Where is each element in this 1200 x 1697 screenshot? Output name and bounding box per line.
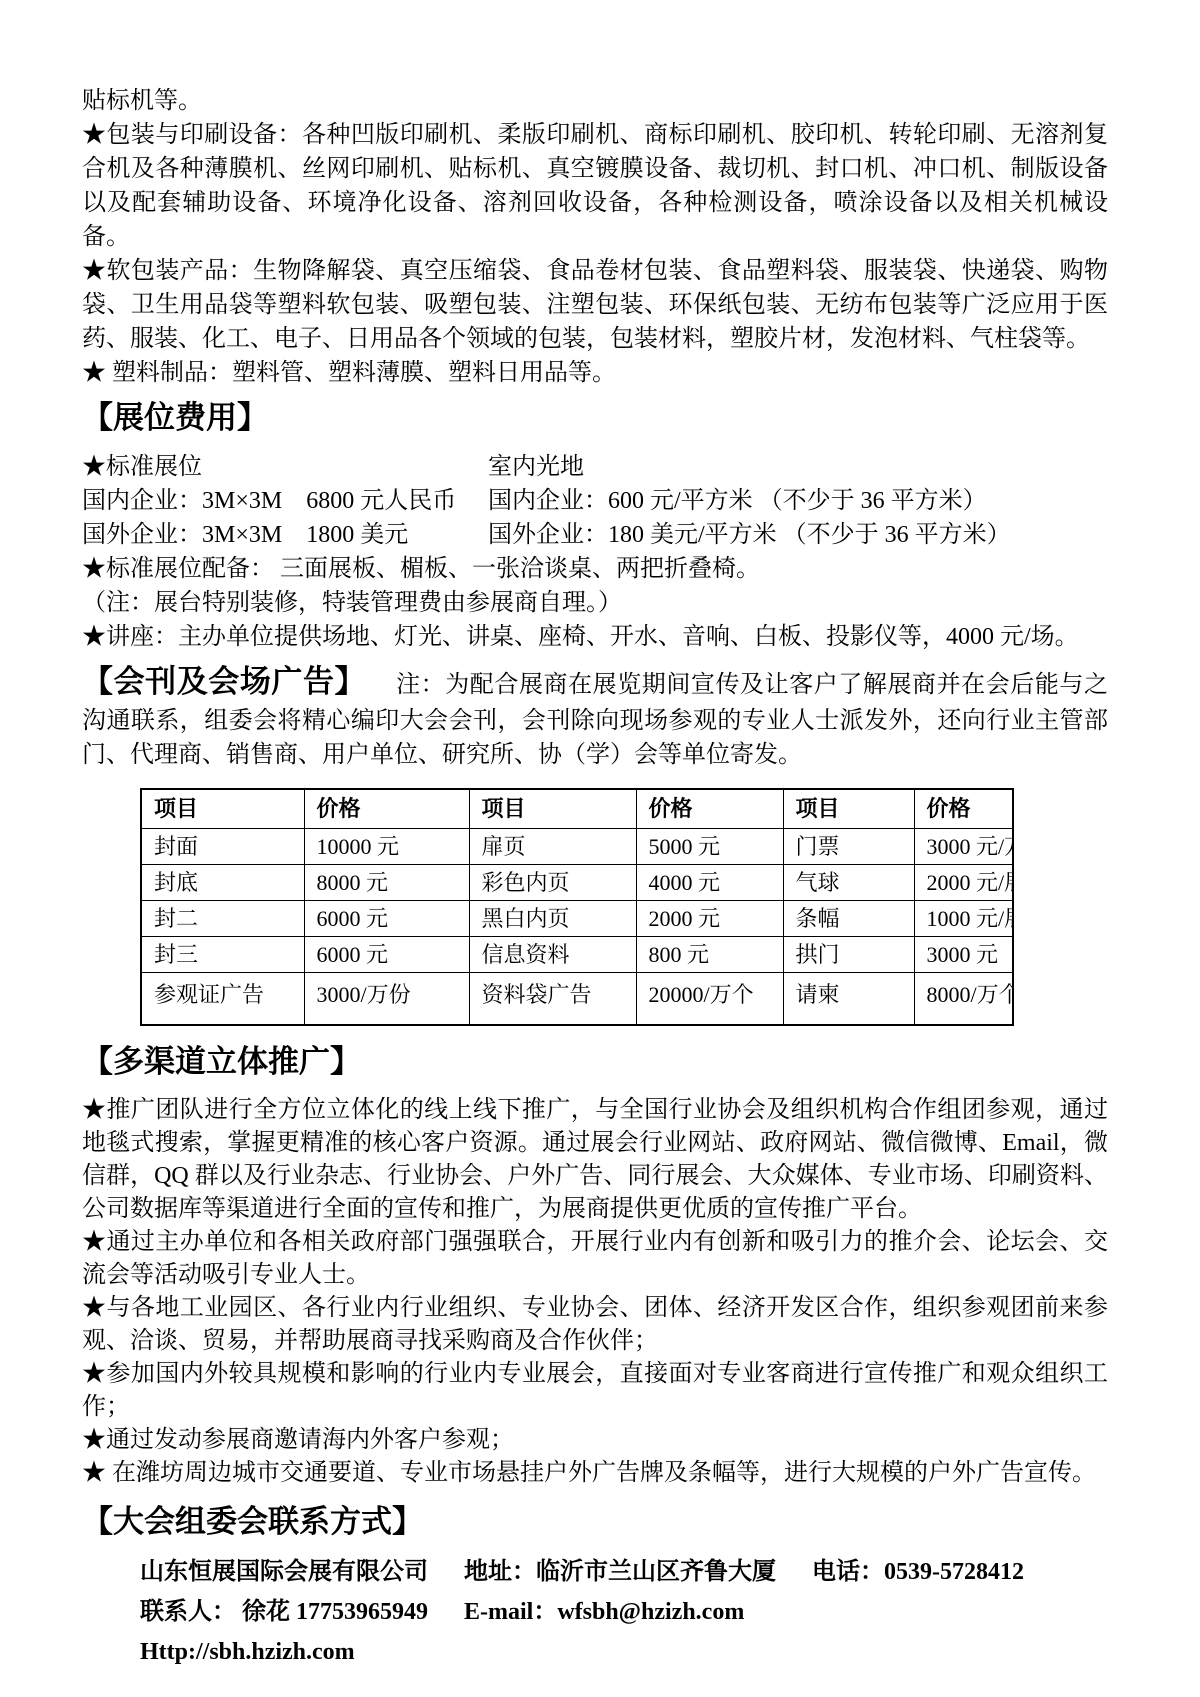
section-heading-booth-fee: 【展位费用】 <box>82 398 1108 438</box>
section-heading-contact: 【大会组委会联系方式】 <box>82 1502 1108 1542</box>
table-cell: 8000 元 <box>304 865 469 901</box>
table-cell: 资料袋广告 <box>469 973 636 1026</box>
contact-block: 山东恒展国际会展有限公司地址：临沂市兰山区齐鲁大厦电话：0539-5728412… <box>140 1552 1108 1672</box>
table-row: 封三6000 元信息资料800 元拱门3000 元 <box>141 937 1013 973</box>
table-cell: 8000/万个 <box>914 973 1013 1026</box>
table-cell: 条幅 <box>783 901 914 937</box>
contact-segment: Http://sbh.hzizh.com <box>140 1632 355 1672</box>
table-header-cell: 价格 <box>304 789 469 829</box>
booth-extra-line: ★讲座：主办单位提供场地、灯光、讲桌、座椅、开水、音响、白板、投影仪等，4000… <box>82 620 1108 654</box>
booth-fee-left: 国内企业：3M×3M 6800 元人民币 <box>82 484 488 518</box>
intro-paragraph: ★软包装产品：生物降解袋、真空压缩袋、食品卷材包装、食品塑料袋、服装袋、快递袋、… <box>82 254 1108 356</box>
contact-segment: 地址：临沂市兰山区齐鲁大厦 <box>464 1552 776 1592</box>
table-cell: 4000 元 <box>636 865 783 901</box>
promotion-section: ★推广团队进行全方位立体化的线上线下推广，与全国行业协会及组织机构合作组团参观，… <box>82 1094 1108 1490</box>
table-header-cell: 项目 <box>141 789 304 829</box>
table-cell: 3000 元 <box>914 937 1013 973</box>
table-cell: 彩色内页 <box>469 865 636 901</box>
table-cell: 10000 元 <box>304 829 469 865</box>
table-cell: 门票 <box>783 829 914 865</box>
promo-bullet: ★通过主办单位和各相关政府部门强强联合，开展行业内有创新和吸引力的推介会、论坛会… <box>82 1226 1108 1292</box>
table-cell: 扉页 <box>469 829 636 865</box>
table-cell: 2000 元 <box>636 901 783 937</box>
table-cell: 5000 元 <box>636 829 783 865</box>
booth-extra-line: （注：展台特别装修，特装管理费由参展商自理。） <box>82 586 1108 620</box>
table-cell: 20000/万个 <box>636 973 783 1026</box>
booth-fee-left: ★标准展位 <box>82 450 488 484</box>
table-cell: 封二 <box>141 901 304 937</box>
table-cell: 3000/万份 <box>304 973 469 1026</box>
ad-price-table: 项目价格项目价格项目价格 封面10000 元扉页5000 元门票3000 元/万… <box>140 788 1014 1026</box>
table-cell: 气球 <box>783 865 914 901</box>
table-cell: 黑白内页 <box>469 901 636 937</box>
table-cell: 参观证广告 <box>141 973 304 1026</box>
booth-fee-row: 国内企业：3M×3M 6800 元人民币 国内企业：600 元/平方米 （不少于… <box>82 484 1108 518</box>
booth-fee-row: ★标准展位 室内光地 <box>82 450 1108 484</box>
contact-line: 联系人： 徐花 17753965949E-mail：wfsbh@hzizh.co… <box>140 1592 1108 1632</box>
intro-paragraph: ★ 塑料制品：塑料管、塑料薄膜、塑料日用品等。 <box>82 356 1108 390</box>
document-page: 贴标机等。 ★包装与印刷设备：各种凹版印刷机、柔版印刷机、商标印刷机、胶印机、转… <box>0 0 1200 1697</box>
booth-fee-row: 国外企业：3M×3M 1800 美元 国外企业：180 美元/平方米 （不少于 … <box>82 518 1108 552</box>
contact-segment: 电话：0539-5728412 <box>812 1552 1024 1592</box>
intro-paragraph: 贴标机等。 <box>82 84 1108 118</box>
contact-line: Http://sbh.hzizh.com <box>140 1632 1108 1672</box>
table-header-row: 项目价格项目价格项目价格 <box>141 789 1013 829</box>
table-header-cell: 项目 <box>783 789 914 829</box>
table-cell: 信息资料 <box>469 937 636 973</box>
table-row: 参观证广告3000/万份资料袋广告20000/万个请柬8000/万个 <box>141 973 1013 1026</box>
booth-extra-line: ★标准展位配备： 三面展板、楣板、一张洽谈桌、两把折叠椅。 <box>82 552 1108 586</box>
table-cell: 3000 元/万张 <box>914 829 1013 865</box>
intro-section: 贴标机等。 ★包装与印刷设备：各种凹版印刷机、柔版印刷机、商标印刷机、胶印机、转… <box>82 84 1108 390</box>
table-cell: 6000 元 <box>304 901 469 937</box>
table-header-cell: 项目 <box>469 789 636 829</box>
table-header-cell: 价格 <box>636 789 783 829</box>
promo-bullet: ★ 在潍坊周边城市交通要道、专业市场悬挂户外广告牌及条幅等，进行大规模的户外广告… <box>82 1457 1108 1490</box>
booth-fee-right: 国内企业：600 元/平方米 （不少于 36 平方米） <box>488 484 1108 518</box>
table-cell: 请柬 <box>783 973 914 1026</box>
table-cell: 800 元 <box>636 937 783 973</box>
ad-price-table-head: 项目价格项目价格项目价格 <box>141 789 1013 829</box>
journal-section: 【会刊及会场广告】注：为配合展商在展览期间宣传及让客户了解展商并在会后能与之沟通… <box>82 660 1108 772</box>
table-cell: 拱门 <box>783 937 914 973</box>
intro-paragraph: ★包装与印刷设备：各种凹版印刷机、柔版印刷机、商标印刷机、胶印机、转轮印刷、无溶… <box>82 118 1108 254</box>
section-heading-journal: 【会刊及会场广告】 <box>82 664 366 699</box>
booth-fee-right: 国外企业：180 美元/平方米 （不少于 36 平方米） <box>488 518 1108 552</box>
booth-fee-right: 室内光地 <box>488 450 1108 484</box>
booth-fee-left: 国外企业：3M×3M 1800 美元 <box>82 518 488 552</box>
contact-segment: 联系人： 徐花 17753965949 <box>140 1592 428 1632</box>
table-cell: 2000 元/展期 <box>914 865 1013 901</box>
table-row: 封面10000 元扉页5000 元门票3000 元/万张 <box>141 829 1013 865</box>
ad-price-table-body: 封面10000 元扉页5000 元门票3000 元/万张封底8000 元彩色内页… <box>141 829 1013 1026</box>
section-heading-promotion: 【多渠道立体推广】 <box>82 1042 1108 1082</box>
table-cell: 封底 <box>141 865 304 901</box>
table-cell: 6000 元 <box>304 937 469 973</box>
table-header-cell: 价格 <box>914 789 1013 829</box>
table-cell: 封面 <box>141 829 304 865</box>
contact-line: 山东恒展国际会展有限公司地址：临沂市兰山区齐鲁大厦电话：0539-5728412 <box>140 1552 1108 1592</box>
table-row: 封二6000 元黑白内页2000 元条幅1000 元/展期 <box>141 901 1013 937</box>
table-cell: 封三 <box>141 937 304 973</box>
promo-bullet: ★推广团队进行全方位立体化的线上线下推广，与全国行业协会及组织机构合作组团参观，… <box>82 1094 1108 1226</box>
table-cell: 1000 元/展期 <box>914 901 1013 937</box>
contact-segment: 山东恒展国际会展有限公司 <box>140 1552 428 1592</box>
table-row: 封底8000 元彩色内页4000 元气球2000 元/展期 <box>141 865 1013 901</box>
promo-bullet: ★与各地工业园区、各行业内行业组织、专业协会、团体、经济开发区合作，组织参观团前… <box>82 1292 1108 1358</box>
booth-fee-section: ★标准展位 室内光地 国内企业：3M×3M 6800 元人民币 国内企业：600… <box>82 450 1108 654</box>
promo-bullet: ★参加国内外较具规模和影响的行业内专业展会，直接面对专业客商进行宣传推广和观众组… <box>82 1358 1108 1424</box>
promo-bullet: ★通过发动参展商邀请海内外客户参观； <box>82 1424 1108 1457</box>
contact-segment: E-mail：wfsbh@hzizh.com <box>464 1592 744 1632</box>
